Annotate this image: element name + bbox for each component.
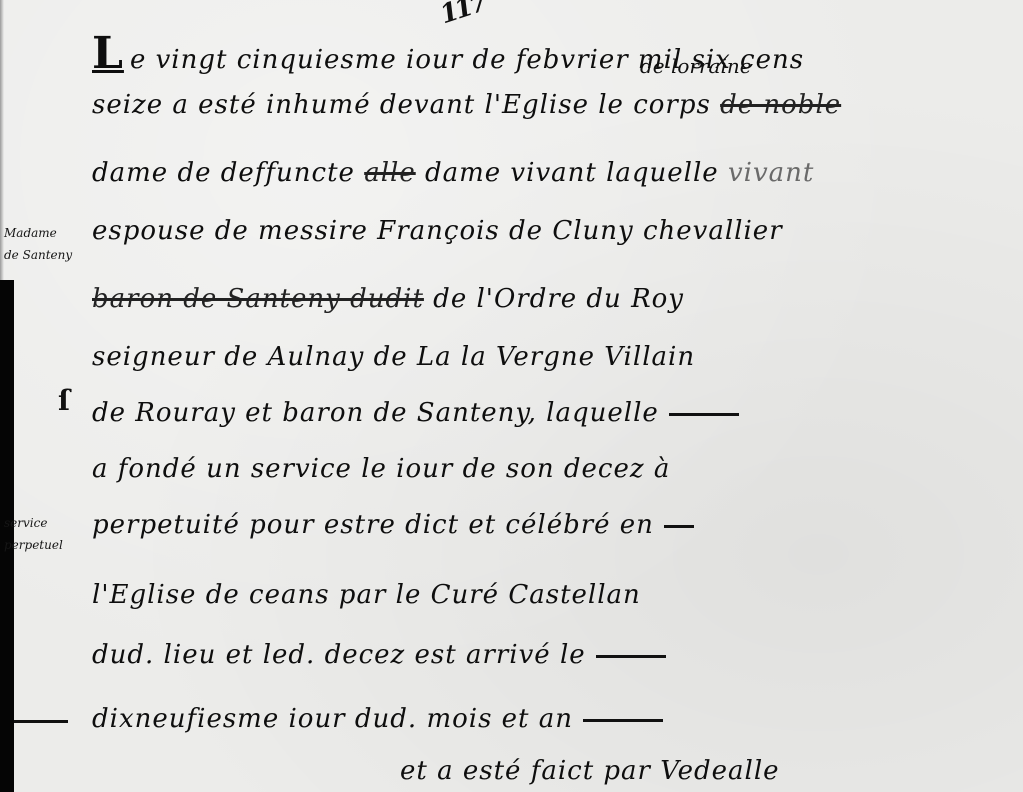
text-line-3: dame de deffuncte alle dame vivant laque…	[92, 158, 1017, 188]
register-page: 117 Madame de Santeny ſ service perpetue…	[0, 0, 1023, 792]
margin-note-line: perpetuel	[4, 534, 96, 556]
text-line-11: dud. lieu et led. decez est arrivé le	[92, 640, 1017, 670]
margin-note-line: Madame	[4, 222, 96, 244]
margin-note-line: service	[4, 512, 96, 534]
drop-initial: L	[92, 28, 124, 79]
line-segment: a fondé un service le iour de son decez …	[92, 454, 670, 484]
faded-segment: vivant	[728, 158, 814, 188]
text-line-8: a fondé un service le iour de son decez …	[92, 454, 1017, 484]
line-segment: de l'Ordre du Roy	[424, 284, 684, 314]
line-filler	[583, 719, 663, 722]
text-line-10: l'Eglise de ceans par le Curé Castellan	[92, 580, 1017, 610]
text-line-13: et a esté faict par Vedealle	[400, 756, 1017, 786]
margin-note-name: Madame de Santeny	[4, 222, 96, 266]
text-line-4: espouse de messire François de Cluny che…	[92, 216, 1017, 246]
struck-segment: alle	[364, 158, 416, 188]
line-segment: dame de deffuncte	[92, 158, 364, 188]
line-segment: seigneur de Aulnay de La la Vergne Villa…	[92, 342, 695, 372]
line-segment: dixneufiesme iour dud. mois et an	[92, 704, 573, 734]
line-segment: et a esté faict par Vedealle	[400, 756, 780, 786]
line-segment: e vingt cinquiesme iour de febvrier mil …	[130, 45, 804, 75]
margin-mark: ſ	[58, 384, 70, 417]
text-line-12: dixneufiesme iour dud. mois et an	[92, 704, 1017, 734]
margin-rule	[14, 720, 68, 723]
margin-note-service: service perpetuel	[4, 512, 96, 556]
line-segment: espouse de messire François de Cluny che…	[92, 216, 783, 246]
line-segment: dame vivant laquelle	[416, 158, 728, 188]
line-filler	[664, 525, 694, 528]
line-segment: l'Eglise de ceans par le Curé Castellan	[92, 580, 641, 610]
text-line-5: baron de Santeny dudit de l'Ordre du Roy	[92, 284, 1017, 314]
line-segment: dud. lieu et led. decez est arrivé le	[92, 640, 586, 670]
folio-number: 117	[436, 0, 488, 30]
line-segment: seize a esté inhumé devant l'Eglise le c…	[92, 90, 720, 120]
line-segment: perpetuité pour estre dict et célébré en	[92, 510, 654, 540]
text-line-2: seize a esté inhumé devant l'Eglise le c…	[92, 90, 1017, 120]
margin-note-line: de Santeny	[4, 244, 96, 266]
line-segment: de Rouray et baron de Santeny, laquelle	[92, 398, 659, 428]
text-line-6: seigneur de Aulnay de La la Vergne Villa…	[92, 342, 1017, 372]
text-line-7: de Rouray et baron de Santeny, laquelle	[92, 398, 1017, 428]
struck-segment: de noble	[720, 90, 841, 120]
struck-segment: baron de Santeny dudit	[92, 284, 424, 314]
text-line-9: perpetuité pour estre dict et célébré en	[92, 510, 1017, 540]
line-filler	[596, 655, 666, 658]
text-line-1: Le vingt cinquiesme iour de febvrier mil…	[92, 28, 1017, 79]
line-filler	[669, 413, 739, 416]
